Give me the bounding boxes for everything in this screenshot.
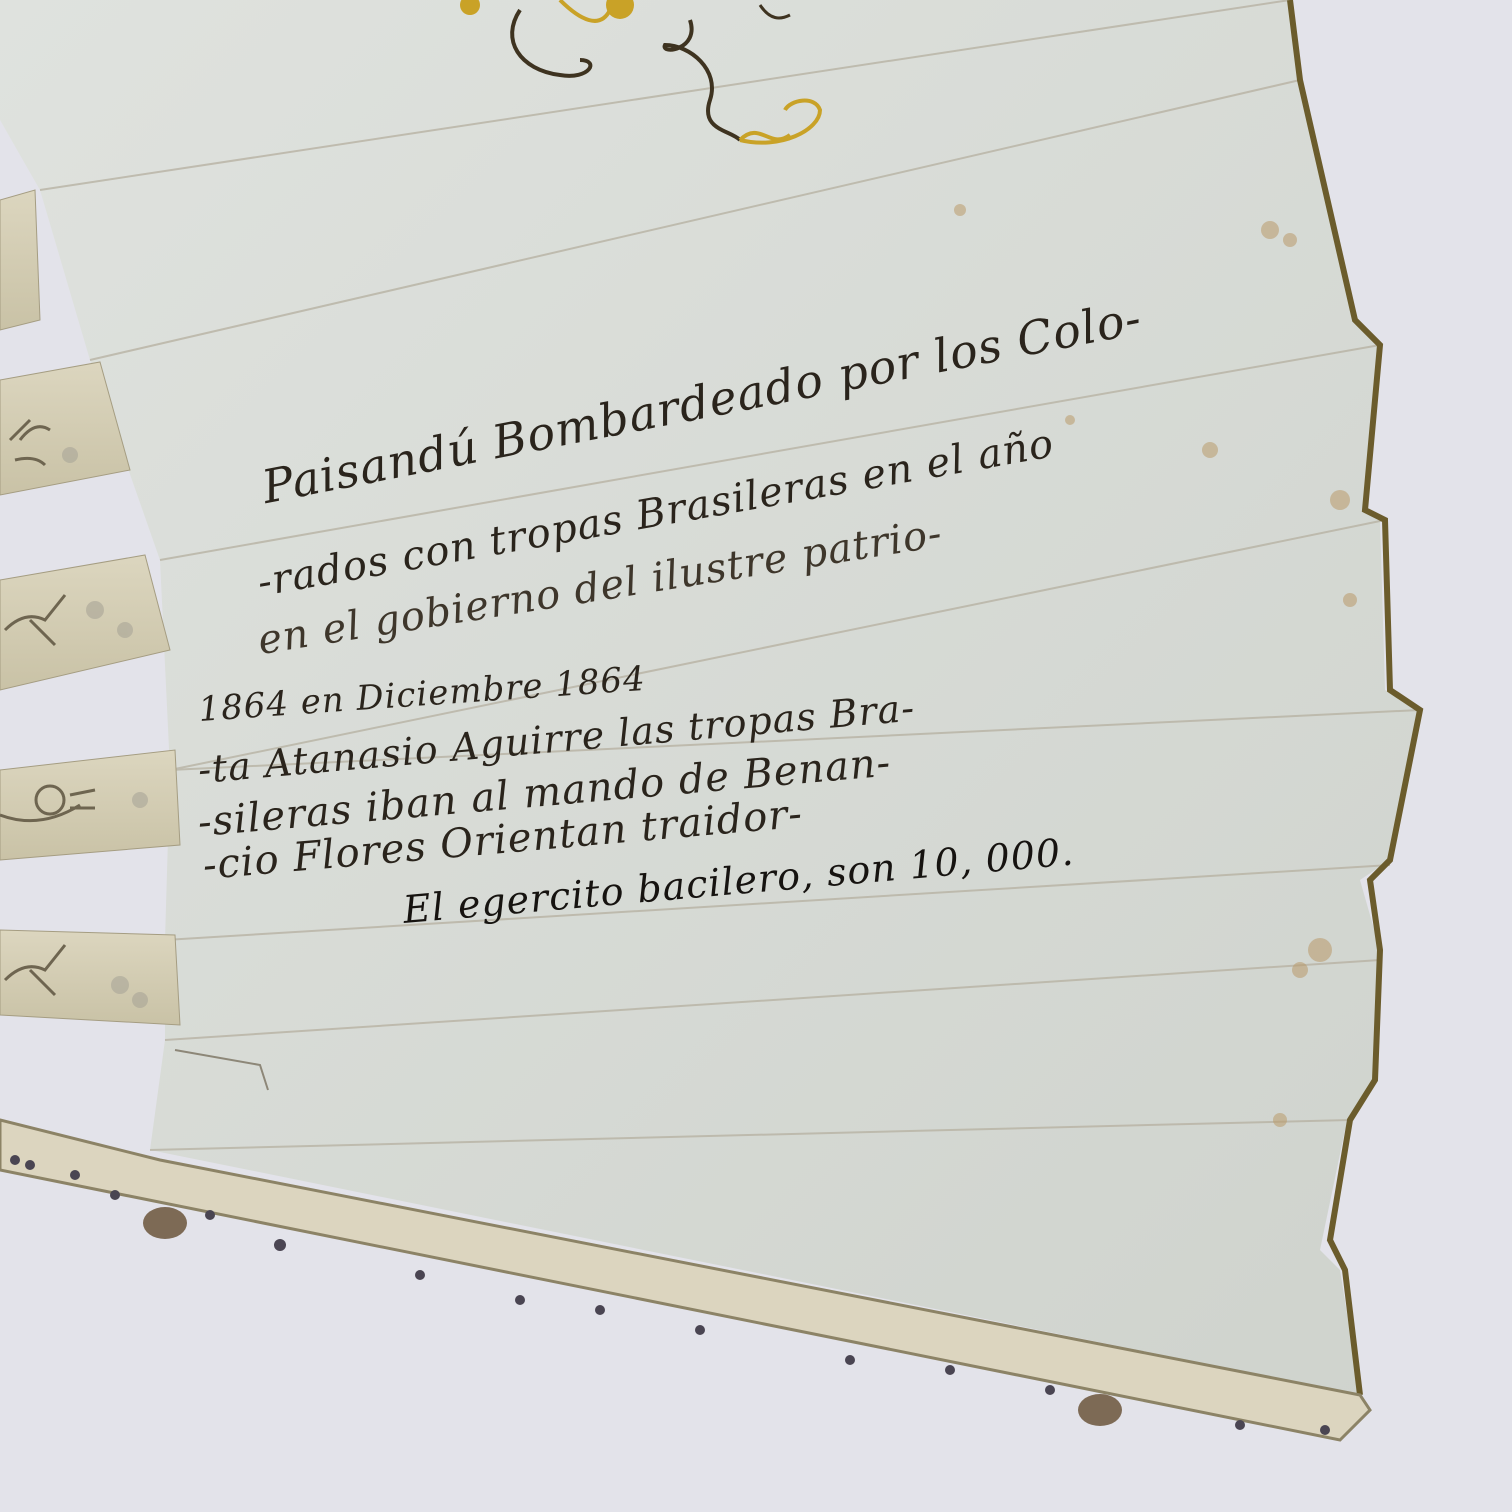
photo-scene: Paisandú Bombardeado por los Colo- -rado… [0, 0, 1512, 1512]
